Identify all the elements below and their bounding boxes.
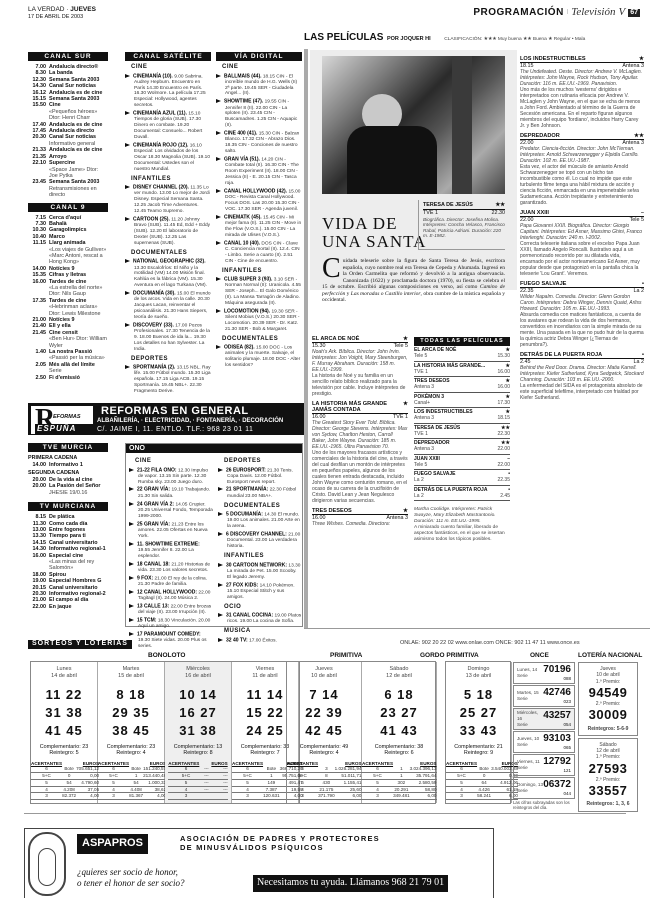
film-index-item: TERESA DE JESÚS★★TVE 122.30 (414, 424, 510, 440)
prize-cell: 1 (129, 773, 143, 780)
channel-listing: 30 CARTOON NETWORK: 13.30 La mirada de P… (218, 563, 302, 581)
segunda-schedule: 20.00De la vida al cine20.00La Pasión de… (28, 477, 108, 496)
draw-date: 13 de abril (446, 673, 511, 680)
once-number-block: 43257054 (543, 710, 571, 728)
channel-listing: CINEMATK (45). 15.45 CIN - Mi mejor fama… (216, 215, 302, 239)
once-number: 93103 (543, 733, 571, 746)
program-time: 21.45 (28, 330, 46, 336)
program-time: 22.00 (28, 604, 46, 610)
channel-name: BALLMAIS (44). (224, 73, 263, 79)
arrow-icon (129, 522, 134, 526)
program-detail: «Los viajes de Gulliver» «Marc Antoni, r… (28, 247, 108, 266)
index-note-credits: Martha Coolidge. Intérpretes: Patrick Sw… (414, 507, 510, 524)
film-credits: Noah's Ark. Bíblica. Director: John Irvi… (312, 349, 408, 373)
number-pair: 5 18 (446, 686, 511, 704)
aspapros-emblem-icon (28, 832, 66, 896)
aspapros-ad[interactable]: ASPAPROS ASOCIACIÓN DE PADRES Y PROTECTO… (24, 828, 494, 898)
program-time: 15.50 (28, 102, 46, 108)
feature-box: VIDA DEUNA SANTA TERESA DE JESÚS★★ TVE 1… (310, 50, 517, 290)
prize-row: 5+C851.011,71 (287, 773, 362, 780)
arrow-icon (218, 638, 223, 642)
reformas-ad[interactable]: R EFORMAS ESPUÑA REFORMAS EN GENERAL ALB… (28, 403, 306, 435)
channel-name: 21-22 FILA ONO: (137, 467, 178, 473)
prize-row: 5+C135.791,64 (362, 773, 437, 780)
arrow-icon (216, 277, 221, 281)
prize-cell: 1 (263, 773, 280, 780)
program-detail: «Ben Hur» Dtor: William Wyler (28, 336, 108, 349)
program-time: 23.45 (28, 179, 46, 185)
draw-day: Jueves (287, 666, 361, 673)
film-credits: The Undefeated. Oeste. Director: Andrew … (520, 69, 644, 87)
second-prize-number: 30009 (579, 707, 637, 723)
film-credits: Predator. Ciencia-ficción. Director: Joh… (520, 146, 644, 164)
draw-date: 14 de abril (31, 673, 97, 680)
prize-cell: 54 (129, 779, 143, 786)
primera-schedule: 14.00Informativo 1 (28, 462, 108, 468)
listing-text: 9.00 Sabrina. Audrey Hepburn. Encuentro … (134, 74, 206, 109)
once-serie: 088 (543, 676, 571, 682)
subsection-title: Televisión (571, 6, 615, 20)
number-pair: 42 45 (287, 722, 361, 740)
draw-day: Lunes (31, 666, 97, 673)
arrow-icon (125, 259, 130, 263)
canal-sur-schedule: 7.00Andalucía directo®8.30La banda12.30S… (28, 64, 108, 199)
complementario: Complementario: 38Reintegro: 6 (362, 744, 436, 757)
arrow-icon (216, 99, 221, 103)
channel-listing: CANAL 10 (40). DOS CIN - Clave C. Concie… (216, 241, 302, 265)
program-time: 16.00 (28, 279, 46, 285)
film-credits: Three Wishes. Comedia. Directora: (312, 521, 408, 527)
film-credits: Papa Giovanni XXIII. Biográfica. Directo… (520, 223, 644, 241)
prize-row: 5541.000,33 (98, 779, 166, 786)
prize-cell: 3.024.396,13 (410, 766, 437, 772)
arrow-icon (129, 604, 134, 608)
reintegro-value: Reintegro: 4 (98, 750, 164, 757)
program-detail: «Las minas del rey Salomón» (28, 559, 108, 572)
prize-table: ACERTANTESEUROS6------5+C------5------4-… (168, 761, 227, 800)
prize-cell: 5 (446, 779, 477, 786)
once-number: 43257 (543, 710, 571, 723)
prize-cell: 4,00 (143, 793, 166, 800)
prize-row: 5+C00,00 (31, 773, 99, 780)
nacional-draw: Sábado12 de abril1.º Premio:275932.º Pre… (578, 738, 638, 812)
once-serie-label: Serie (517, 765, 540, 771)
prize-cell: 1.155,41 (335, 779, 362, 786)
prize-cell: 5+C (287, 773, 318, 780)
channel-listing: BALLMAIS (44). 18.15 CIN - El increíble … (216, 74, 302, 98)
prize-cell: 81.367 (129, 793, 143, 800)
channel-listing: 27 FOX KIDS: 14.10 Pokémon. 15.10 Especi… (218, 583, 302, 601)
film-rating: ★ (403, 336, 408, 342)
arrow-icon (129, 632, 134, 636)
index-note: A miniarado cuento familiar, liberado de… (414, 525, 510, 542)
arrow-icon (218, 532, 223, 536)
prize-cell: 3 (31, 793, 62, 800)
schedule-row: 14.00Informativo 1 (28, 462, 108, 468)
channel-listing: LOCOMOTION (94). 19.30 SER - Silent Mobi… (216, 309, 302, 333)
prize-cell: 20.291 (393, 786, 410, 793)
film-index-time: 22.00 (497, 462, 510, 468)
primera-cadena-label: PRIMERA CADENA (28, 455, 108, 462)
once-number-block: 06372044 (543, 779, 571, 797)
film-index-channel: Tele 5 (414, 462, 427, 468)
film-index-meta: Canal+17.30 (414, 400, 510, 406)
film-channel: Tele 5 (630, 217, 644, 223)
channel-name: SHOWTIME (47). (224, 99, 265, 105)
channel-listing: CINE 400 (41). 15.30 CIN - Balzan Blanco… (216, 131, 302, 155)
category-heading: DEPORTES (131, 356, 211, 364)
channel-name: 25 GRAN VÍA: (137, 521, 171, 527)
film-rating: – (641, 210, 644, 216)
once-draw: Jueves, 10Serie93103065 (513, 731, 575, 753)
channel-name: CANAL HOLLYWOOD (42). (224, 188, 288, 194)
complementario: Complementario: 13Reintegro: 8 (165, 744, 231, 757)
draw-column: Sábado12 de abril6 1823 2741 43Complemen… (362, 662, 437, 803)
nacional-draw: Jueves10 de abril1.º Premio:945492.º Pre… (578, 662, 638, 736)
film-review: Uno más de los muchos 'westerns' dirigid… (520, 87, 644, 129)
channel-listing: CANAL HOLLYWOOD (42). 15.00 DOC - Revist… (216, 189, 302, 213)
reintegros: Reintegros: 1, 3, 6 (579, 801, 637, 807)
number-pair: 41 45 (31, 722, 97, 740)
number-pair: 31 38 (31, 704, 97, 722)
draw-column: Lunes14 de abril11 2231 3841 45Complemen… (31, 662, 98, 803)
prize-cell: 705.651,12 (76, 766, 99, 772)
prize-cell: 5 (362, 779, 393, 786)
channel-name: 17 PARAMOUNT COMEDY: (137, 631, 201, 637)
arrow-icon (125, 185, 130, 189)
winning-numbers: 6 1823 2741 43 (362, 686, 436, 740)
film-title-row: DEPREDADOR★★ (520, 133, 644, 140)
loteria-nacional-title: LOTERÍA NACIONAL (578, 652, 642, 660)
category-heading: OCIO (224, 604, 302, 612)
primitiva-results: Jueves10 de abril7 1422 3942 45Complemen… (286, 661, 436, 804)
film-title-row: LA HISTORIA MÁS GRANDE JAMÁS CONTADA★ (312, 401, 408, 414)
canal-9-header: CANAL 9 (28, 203, 108, 212)
tv-murciana-header: TV MURCIANA (28, 502, 108, 511)
category-heading: INFANTILES (131, 176, 211, 184)
film-index-item: FUEGO SALVAJE•La 222.35 (414, 470, 510, 486)
arrow-icon (216, 215, 221, 219)
channel-listing: 15 TCM: 18.30 Vinculación. 20.00 Aquí un… (129, 618, 213, 630)
prize-cell: --- (204, 766, 209, 772)
film-index-channel: Canal+ (414, 400, 430, 406)
channel-name: 26 EUROSPORT: (226, 467, 267, 473)
prize-cell: 3 (362, 793, 393, 800)
listing-text: 19.30 Siete vidas. 20.00 Plus os series. (138, 638, 207, 649)
once-date: Miércoles, 16 (517, 710, 543, 722)
channel-listing: DISCOVERY (33). 17.00 Pozos Profesionale… (125, 323, 211, 353)
channel-listing: 18 CANAL 18: 21.20 Historias de vida. 23… (129, 562, 213, 574)
prize-cell: 120.631 (263, 793, 280, 800)
prize-cell: 5+C (232, 773, 263, 780)
prize-cell: 349.481 (393, 793, 410, 800)
prize-cell: 3 (232, 793, 263, 800)
arrow-icon (129, 576, 134, 580)
divider (304, 628, 650, 629)
prize-cell: 4 (362, 786, 393, 793)
channel-name: CLUB SUPER 3 (93). (224, 276, 274, 282)
prize-cell: 5 (168, 779, 203, 786)
arrow-icon (125, 111, 130, 115)
film-title: DEPREDADOR (520, 133, 560, 139)
program-detail: «La estrella del norte» Dtor: Nils Gaup (28, 285, 108, 298)
bonoloto-title: BONOLOTO (148, 652, 185, 660)
reformas-address: C/. JAIME I, 11. ENTLO. TLF.: 968 23 01 … (97, 426, 253, 435)
draw-day: Sábado (362, 666, 436, 673)
film-index-time: 22.30 (497, 431, 510, 437)
film-index-channel: Antena 3 (414, 446, 434, 452)
masthead-left: LA VERDAD · JUEVES 17 DE ABRIL DE 2003 (28, 6, 96, 21)
film-rating: ★★ (634, 133, 644, 139)
channel-listing: 21-22 FILA ONO: 12.30 Impulso de vapor. … (129, 468, 213, 486)
prize-row: 3371.7906,00 (287, 793, 362, 800)
program-detail: Retransmisiones en directo (28, 186, 108, 199)
prize-cell: 25,60 (335, 786, 362, 793)
all-films-index: TODAS LAS PELÍCULAS EL ARCA DE NOÉ★Tele … (414, 337, 510, 543)
category-heading: DEPORTES (224, 458, 302, 466)
film-index-item: DETRÁS DE LA PUERTA ROJA•La 22.45 (414, 486, 510, 502)
prize-cell: 151.240,57 (143, 766, 166, 772)
once-draw: Miércoles, 16Serie43257054 (513, 708, 575, 730)
film-title: DETRÁS DE LA PUERTA ROJA (520, 352, 602, 358)
prize-cell: 58,80 (410, 786, 437, 793)
channel-listing: ODISEA (82). 15.00 DOC - Los animales y … (216, 345, 302, 369)
arrow-icon (129, 562, 134, 566)
once-day: Domingo, 13Serie (517, 782, 543, 794)
channel-listing: 26 EUROSPORT: 21.30 Tenis. Copa Davis. 1… (218, 468, 302, 486)
number-pair: 29 35 (98, 704, 164, 722)
prize-table: ACERTANTESEUROS613.024.396,135+C135.791,… (362, 761, 437, 800)
listing-text: 17.00 Éxitos. (249, 638, 277, 643)
arrow-icon (216, 74, 221, 78)
prize-cell: 371.790 (318, 793, 335, 800)
prize-cell: 4 (31, 786, 62, 793)
prize-cell: 6,00 (335, 793, 362, 800)
prize-row: 44.40838,62 (98, 786, 166, 793)
film-index-meta: Antena 322.00 (414, 446, 510, 452)
arrow-icon (216, 189, 221, 193)
divider (304, 49, 308, 629)
complementario: Complementario: 23Reintegro: 5 (31, 744, 97, 757)
prize-cell: 51.011,71 (335, 773, 362, 780)
film-index-channel: TVE 1 (414, 431, 428, 437)
canal-satelite-listing: CINECINEMANÍA (10). 9.00 Sabrina. Audrey… (125, 64, 211, 395)
channel-name: 27 FOX KIDS: (226, 582, 260, 588)
arrow-icon (125, 291, 130, 295)
film-still-image (322, 56, 505, 194)
primitiva-title: PRIMITIVA (330, 652, 362, 660)
reintegro-value: Reintegro: 4 (287, 750, 361, 757)
film-index-meta: TVE 122.30 (414, 431, 510, 437)
channel-name: SPORTMANÍA (2). (133, 365, 177, 371)
once-number-block: 42746023 (543, 687, 571, 705)
once-draw: Lunes, 14Serie70196088 (513, 662, 575, 684)
prize-row: 44.42661,18 (446, 786, 518, 793)
prize-row: 421.17525,60 (287, 786, 362, 793)
channel-name: 11. SHOWTIME EXTREME: (137, 541, 200, 547)
once-serie: 121 (543, 768, 571, 774)
prize-cell: 64 (477, 779, 491, 786)
film-index-item: EL ARCA DE NOÉ★Tele 515.30 (414, 346, 510, 362)
prize-row: 5------ (168, 779, 227, 786)
film-title-row: FUEGO SALVAJE• (520, 281, 644, 288)
prize-cell: 302 (393, 779, 410, 786)
film-index-item: LA HISTORIA MÁS GRANDE...★TVE 116.00 (414, 362, 510, 378)
film-title: FUEGO SALVAJE (520, 281, 566, 287)
all-films-list: EL ARCA DE NOÉ★Tele 515.30LA HISTORIA MÁ… (414, 346, 510, 501)
film-index-item: DEPREDADOR★★Antena 322.00 (414, 439, 510, 455)
arrow-icon (216, 131, 221, 135)
film-index-item: POKÉMON 3★Canal+17.30 (414, 393, 510, 409)
once-serie: 023 (543, 699, 571, 705)
arrow-icon (218, 613, 223, 617)
once-results: Lunes, 14Serie70196088Martes, 15Serie427… (513, 662, 575, 800)
once-serie-label: Serie (517, 788, 543, 794)
channel-name: 5 DOCUMANÍA: (226, 511, 264, 517)
channel-listing: 31 CANAL COCINA: 19.00 Platos ricos. 19.… (218, 613, 302, 625)
aspapros-logo: ASPAPROS (77, 834, 148, 854)
complementario: Complementario: 49Reintegro: 4 (287, 744, 361, 757)
prize-cell: 5+C (168, 773, 203, 780)
prize-row: 5644.912,06 (446, 779, 518, 786)
all-films-header: TODAS LAS PELÍCULAS (414, 337, 510, 346)
prize-cell: 0,00 (76, 773, 99, 780)
program-title: Llarg animada (49, 240, 86, 246)
arrow-icon (129, 468, 134, 472)
film-title: TRES DESEOS (312, 508, 352, 514)
film-rating: ★ (403, 508, 408, 514)
prize-cell: 5 (287, 779, 318, 786)
rating-legend: CLASIFICACIÓN: ★★★ Muy buena ★★ Buena ★ … (444, 37, 585, 42)
complementario: Complementario: 21Reintegro: 9 (446, 744, 511, 757)
channel-listing: DISNEY CHANNEL (20). 11.35 Lo ver mundo.… (125, 185, 211, 215)
once-number-block: 12792121 (543, 756, 571, 774)
once-serie: 065 (543, 745, 571, 751)
prize-cell: 4 (446, 786, 477, 793)
film-title-row: TRES DESEOS★ (312, 508, 408, 515)
film-rating: • (642, 281, 644, 287)
once-draw: Martes, 15Serie42746023 (513, 685, 575, 707)
program-detail: JHESIE 19/0.16 (28, 490, 108, 496)
peliculas-title: LAS PELÍCULAS (304, 32, 383, 43)
feature-body: Cuidada teleserie sobre la figura de San… (322, 258, 505, 304)
reintegro-value: Reintegro: 5 (31, 750, 97, 757)
channel-name: DOCUMANÍA (30). (133, 290, 177, 296)
channel-name: 18 CANAL 18: (137, 561, 171, 567)
once-day: Jueves, 10Serie (517, 736, 539, 748)
winning-numbers: 8 1829 3538 45 (98, 686, 164, 740)
prize-cell: 4,00 (76, 793, 99, 800)
section-v: V (618, 6, 625, 20)
film-title: LA HISTORIA MÁS GRANDE JAMÁS CONTADA (312, 401, 403, 413)
channel-listing: 32 40 TV: 17.00 Éxitos. (218, 638, 302, 644)
film-index-item: JUAN XXIII–Tele 522.00 (414, 455, 510, 471)
second-prize-number: 33557 (579, 783, 637, 799)
channel-listing: CINEMANÍA (10). 9.00 Sabrina. Audrey Hep… (125, 74, 211, 110)
channel-name: CINEMANÍA AZUL (11). (133, 110, 188, 116)
prize-cell: --- (209, 773, 228, 780)
channel-name: 12 CANAL HOLLYWOOD: (137, 589, 198, 595)
channel-listing: 11. SHOWTIME EXTREME: 19.55 Jennifer 8. … (129, 542, 213, 560)
prize-cell: 3 (287, 793, 318, 800)
channel-name: 6 DISCOVERY CHANNEL: (226, 531, 288, 537)
number-pair: 31 38 (165, 722, 231, 740)
number-pair: 33 43 (446, 722, 511, 740)
schedule-row: 23.45Semana Santa 2003 (28, 179, 108, 185)
arrow-icon (216, 345, 221, 349)
film-index-time: 15.30 (497, 353, 510, 359)
prize-table: ACERTANTESEUROS6Bote705.651,125+C00,0055… (31, 761, 99, 800)
film-reviews-left: EL ARCA DE NOÉ★15.30Tele 5Noah's Ark. Bí… (312, 332, 408, 527)
aspapros-cta[interactable]: Necesitamos tu ayuda. Llámanos 968 21 79… (253, 875, 448, 892)
film-credits: Behind the Red Door. Drama. Director: Ma… (520, 365, 644, 383)
tv-murciana-schedule: 8.15De plática11.30Como cada día13.00Ent… (28, 514, 108, 610)
channel-name: 31 CANAL COCINA: (226, 612, 275, 618)
prize-cell: 1 (393, 773, 410, 780)
arrow-icon (129, 590, 134, 594)
prize-cell: 82.372 (62, 793, 76, 800)
bonoloto-results: Lunes14 de abril11 2231 3841 45Complemen… (30, 661, 300, 804)
arrow-icon (125, 365, 130, 369)
channel-listing: SPORTMANÍA (2). 13.15 NBL. Ray life. 15.… (125, 365, 211, 395)
film-index-channel: La 2 (414, 477, 424, 483)
once-day: Miércoles, 16Serie (517, 710, 543, 728)
prize-cell: 5 (31, 779, 62, 786)
once-serie-label: Serie (517, 673, 537, 679)
winning-numbers: 11 2231 3841 45 (31, 686, 97, 740)
program-detail: «Hebrinman aclara» Dtor: Lewis Milestone (28, 304, 108, 317)
ono-box: ONO CINE21-22 FILA ONO: 12.30 Impulso de… (125, 443, 303, 627)
channel-listing: GRAN VÍA (51). 14.20 CIN - Combate total… (216, 157, 302, 187)
once-number-block: 93103065 (543, 733, 571, 751)
draw-column: Martes15 de abril8 1829 3538 45Complemen… (98, 662, 165, 803)
film-title: EL ARCA DE NOÉ (312, 336, 359, 342)
channel-listing: 22 GRAN VÍA: 19.10 Trabajando. 21.30 Sin… (129, 487, 213, 499)
prize-cell: 5+C (446, 773, 477, 780)
channel-name: GRAN VÍA (51). (224, 156, 261, 162)
prize-cell: 5+C (98, 773, 129, 780)
prize-cell: 3 (446, 793, 477, 800)
canal-9-schedule: 7.15Cerca d'aquí7.30Bahalà10.30Garagolim… (28, 215, 108, 382)
film-rating: ★ (639, 56, 644, 62)
prize-row: 44.20837,05 (31, 786, 99, 793)
once-title: ONCE (530, 652, 549, 660)
complementario: Complementario: 23Reintegro: 4 (98, 744, 164, 757)
prize-cell: --- (204, 779, 209, 786)
prize-cell: 58.241 (477, 793, 491, 800)
tve-murcia-column: TVE MURCIA PRIMERA CADENA 14.00Informati… (28, 443, 108, 610)
draw-column: Domingo13 de abril5 1825 2733 43Compleme… (446, 662, 512, 803)
number-pair: 7 14 (287, 686, 361, 704)
channel-listing: CINEMANÍA ROJO (12). 16.10 Especial: Los… (125, 143, 211, 173)
prize-cell: 21.175 (318, 786, 335, 793)
film-index-time: 18.15 (497, 415, 510, 421)
feature-film-title: TERESA DE JESÚS (423, 202, 473, 209)
film-rating: ★ (403, 401, 408, 413)
arrow-icon (218, 468, 223, 472)
program-title: Fi d'emissió (49, 375, 80, 381)
category-heading: INFANTILES (222, 268, 302, 276)
arrow-icon (125, 74, 130, 78)
prize-cell: 3 (98, 793, 129, 800)
feature-headline: VIDA DEUNA SANTA (322, 215, 426, 251)
film-index-item: LOS INDESTRUCTIBLES★Antena 318.15 (414, 408, 510, 424)
peliculas-author: POR JOQUER HI (387, 36, 431, 42)
channel-name: 22 GRAN VÍA: (137, 487, 171, 493)
draw-date: 16 de abril (165, 673, 231, 680)
prize-row: 53022.580,59 (362, 779, 437, 786)
prize-cell: 430 (318, 779, 335, 786)
